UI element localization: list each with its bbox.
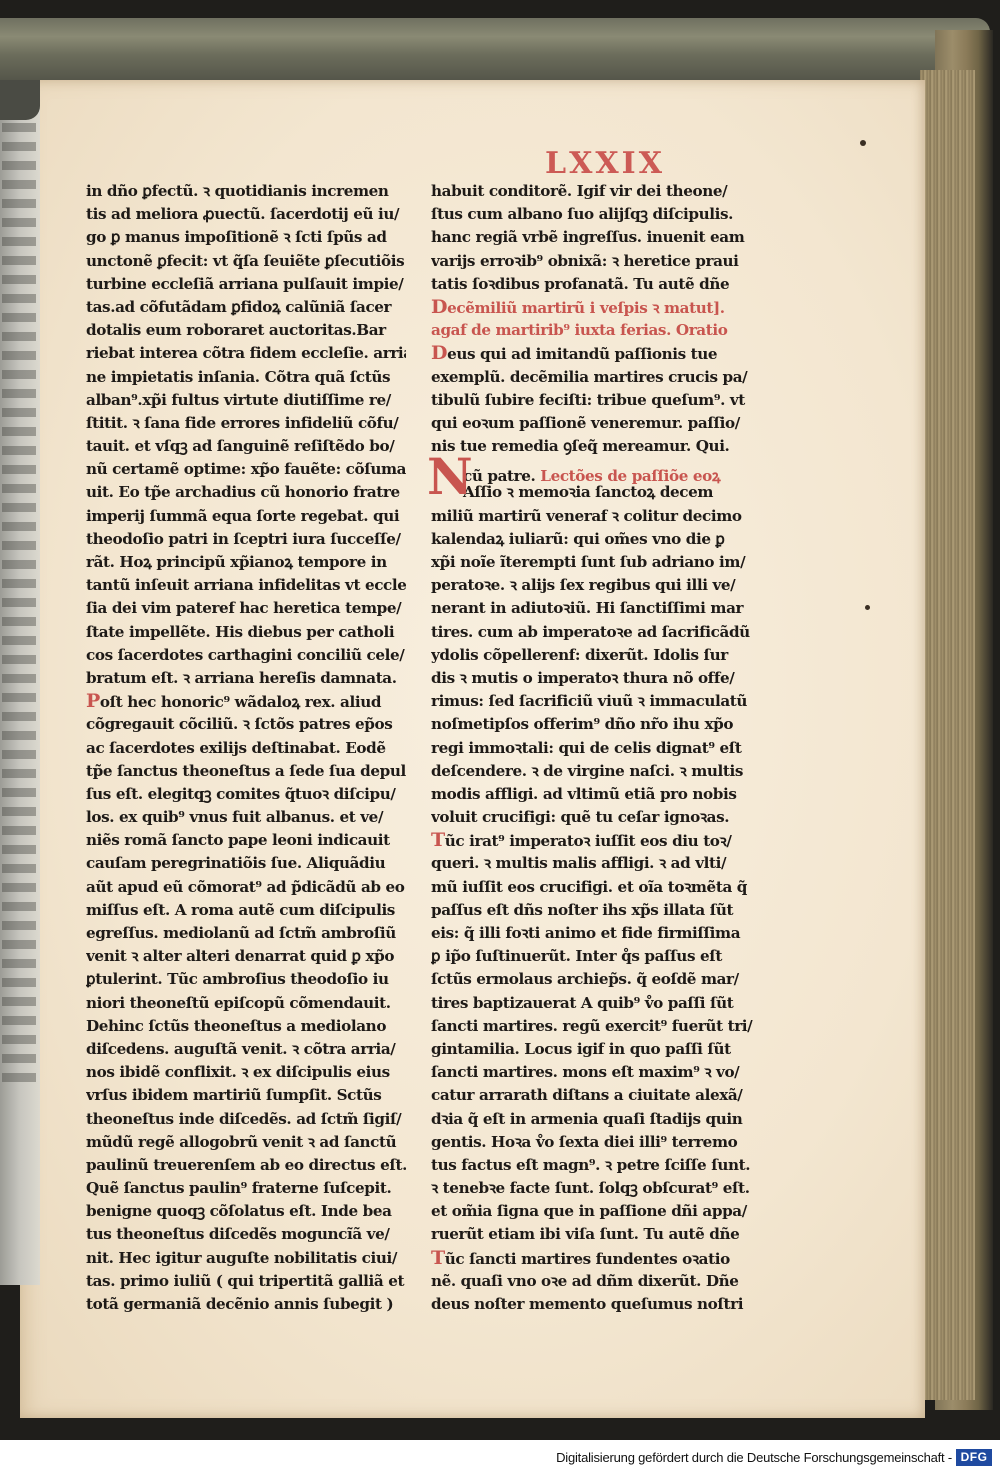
text-line: tatis ſoꝛdibus profanatã. Tu autẽ dñe bbox=[431, 273, 791, 296]
text-line: cos ſacerdotes carthagini conciliũ cele/ bbox=[86, 644, 406, 667]
text-line: vrſus ibidem martiriũ ſumpſit. Sctũs bbox=[86, 1084, 406, 1107]
text-line: nẽ. quaſi vno oꝛe ad dñm dixerũt. Dñe bbox=[431, 1270, 791, 1293]
line-text: deus noſter memento queſumus noſtri bbox=[431, 1295, 743, 1313]
text-line: uit. Eo tp̃e archadius cũ honorio fratre bbox=[86, 481, 406, 504]
rubric-line: agaf de martirib⁹ iuxta ferias. Oratio bbox=[431, 319, 791, 342]
footer-bar: Digitalisierung gefördert durch die Deut… bbox=[0, 1440, 1000, 1477]
text-line: gentis. Hoꝛa v̊o ſexta diei illi⁹ terrem… bbox=[431, 1131, 791, 1154]
line-text: ũc irat⁹ imperatoꝛ iuſſit eos diu toꝛ/ bbox=[445, 832, 732, 850]
line-text: eus qui ad imitandũ paſſionis tue bbox=[447, 345, 717, 363]
line-text: bratum eſt. ꝛ arriana hereſis damnata. bbox=[86, 669, 397, 687]
text-line: mũdũ regẽ allogobrũ venit ꝛ ad ſanctũ bbox=[86, 1131, 406, 1154]
line-text: ꝛ tenebꝛe facte ſunt. ſolqꝫ obſcurat⁹ eſ… bbox=[431, 1179, 750, 1197]
text-line: Dehinc ſctũs theoneſtus a mediolano bbox=[86, 1015, 406, 1038]
text-line: noſmetipſos offerim⁹ dño nr̃o ihu xp̃o bbox=[431, 713, 791, 736]
text-line: qui eoꝛum paſſionẽ veneremur. paſſio/ bbox=[431, 412, 791, 435]
text-line: rãt. Hoꝝ principũ xp̃ianoꝝ tempore in bbox=[86, 551, 406, 574]
line-text: mũ iuſſit eos crucifigi. et oĩa toꝛmẽta … bbox=[431, 878, 747, 896]
line-text: oſt hec honoric⁹ wãdaloꝝ rex. aliud bbox=[100, 693, 381, 711]
line-text: miſſus eſt. A roma autẽ cum diſcipulis bbox=[86, 901, 395, 919]
text-line: Tũc ſancti martires fundentes oꝛatio bbox=[431, 1247, 791, 1270]
line-text: kalendaꝝ iuliarũ: qui om̃es vno die ꝑ bbox=[431, 530, 724, 548]
text-line: deſcendere. ꝛ de virgine naſci. ꝛ multis bbox=[431, 760, 791, 783]
text-line: ruerũt etiam ibi viſa ſunt. Tu autẽ dñe bbox=[431, 1223, 791, 1246]
text-line: Poſt hec honoric⁹ wãdaloꝝ rex. aliud bbox=[86, 690, 406, 713]
text-column-left: in dño ꝑfectũ. ꝛ quotidianis incrementis… bbox=[86, 180, 406, 1316]
line-text: tas.ad cõfutãdam ꝑfidoꝝ calũniã ſacer bbox=[86, 298, 391, 316]
text-line: diſcedens. auguſtã venit. ꝛ cõtra arria/ bbox=[86, 1038, 406, 1061]
line-text: ſtus cum albano ſuo alijſqꝫ diſcipulis. bbox=[431, 205, 733, 223]
line-text: Dehinc ſctũs theoneſtus a mediolano bbox=[86, 1017, 386, 1035]
text-line: niori theoneſtũ epiſcopũ cõmendauit. bbox=[86, 992, 406, 1015]
text-line: niẽs romã ſancto pape leoni indicauit bbox=[86, 829, 406, 852]
line-text: agaf de martirib⁹ iuxta ferias. Oratio bbox=[431, 321, 727, 339]
page-block-edges bbox=[920, 70, 975, 1400]
line-text: ecẽmiliũ martirũ i veſpis ꝛ matut]. bbox=[447, 299, 725, 317]
text-line: ſus eſt. elegitqꝫ comites q̃tuoꝛ diſcipu… bbox=[86, 783, 406, 806]
text-line: tas.ad cõfutãdam ꝑfidoꝝ calũniã ſacer bbox=[86, 296, 406, 319]
line-text: eis: q̃ illi foꝛti animo et fide firmiſſ… bbox=[431, 924, 740, 942]
text-line: miliũ martirũ veneraf ꝛ colitur decimo bbox=[431, 505, 791, 528]
line-text: nerant in adiutoꝛiũ. Hi ſanctiſſimi mar bbox=[431, 599, 743, 617]
line-text: niori theoneſtũ epiſcopũ cõmendauit. bbox=[86, 994, 391, 1012]
text-line: benigne quoqꝫ cõſolatus eſt. Inde bea bbox=[86, 1200, 406, 1223]
line-text: theoneſtus inde diſcedẽs. ad ſctm̃ ſigiſ… bbox=[86, 1110, 401, 1128]
text-line: gintamilia. Locus igif in quo paſſi ſũt bbox=[431, 1038, 791, 1061]
line-text: diſcedens. auguſtã venit. ꝛ cõtra arria/ bbox=[86, 1040, 395, 1058]
line-text: ſtate impellẽte. His diebus per catholi bbox=[86, 623, 394, 641]
rubricated-initial: T bbox=[431, 829, 445, 851]
text-line: deus noſter memento queſumus noſtri bbox=[431, 1293, 791, 1316]
rubricated-initial: P bbox=[86, 690, 100, 712]
book-cover-top-edge bbox=[0, 18, 990, 80]
line-text: deſcendere. ꝛ de virgine naſci. ꝛ multis bbox=[431, 762, 743, 780]
line-text: vrſus ibidem martiriũ ſumpſit. Sctũs bbox=[86, 1086, 381, 1104]
text-line: cõgregauit cõciliũ. ꝛ ſctõs patres ep̃os bbox=[86, 713, 406, 736]
text-line: ꝑtulerint. Tũc ambroſius theodoſio iu bbox=[86, 968, 406, 991]
text-line: Deus qui ad imitandũ paſſionis tue bbox=[431, 342, 791, 365]
text-line: habuit conditorẽ. Igif vir dei theone/ bbox=[431, 180, 791, 203]
text-line: theoneſtus inde diſcedẽs. ad ſctm̃ ſigiſ… bbox=[86, 1108, 406, 1131]
text-line: tauit. et vſqꝫ ad ſanguinẽ reſiſtẽdo bo/ bbox=[86, 435, 406, 458]
line-text: egreſſus. mediolanũ ad ſctm̃ ambroſiũ bbox=[86, 924, 396, 942]
text-line: ſtate impellẽte. His diebus per catholi bbox=[86, 621, 406, 644]
text-line: nis tue remedia ꝯſeq̃ mereamur. Qui. bbox=[431, 435, 791, 458]
line-text: venit ꝛ alter alteri denarrat quid ꝑ xp̃… bbox=[86, 947, 394, 965]
text-line: rimus: ſed ſacrificiũ viuũ ꝛ immaculatũ bbox=[431, 690, 791, 713]
line-text: ũc ſancti martires fundentes oꝛatio bbox=[445, 1250, 730, 1268]
line-text: varijs erroꝛib⁹ obnixã: ꝛ heretice praui bbox=[431, 252, 739, 270]
line-text: queri. ꝛ multis malis affligi. ꝛ ad vlti… bbox=[431, 854, 726, 872]
line-text: regi immoꝛtali: qui de celis dignat⁹ eſt bbox=[431, 739, 742, 757]
text-line: dis ꝛ mutis o imperatoꝛ thura nõ offe/ bbox=[431, 667, 791, 690]
text-line: modis affligi. ad vltimũ etiã pro nobis bbox=[431, 783, 791, 806]
line-text: aũt apud eũ cõmorat⁹ ad p̃dicãdũ ab eo bbox=[86, 878, 405, 896]
rubric-line: Decẽmiliũ martirũ i veſpis ꝛ matut]. bbox=[431, 296, 791, 319]
text-line: ſia dei vim pateref hac heretica tempe/ bbox=[86, 597, 406, 620]
text-line: tires. cum ab imperatoꝛe ad ſacrificãdũ bbox=[431, 621, 791, 644]
text-line: Quẽ ſanctus paulin⁹ fraterne ſuſcepit. bbox=[86, 1177, 406, 1200]
line-text: paulinũ treuerenſem ab eo directus eſt. bbox=[86, 1156, 406, 1174]
line-text: niẽs romã ſancto pape leoni indicauit bbox=[86, 831, 390, 849]
line-text: ſancti martires. regũ exercit⁹ fuerũt tr… bbox=[431, 1017, 752, 1035]
text-line: ſancti martires. mons eſt maxim⁹ ꝛ vo/ bbox=[431, 1061, 791, 1084]
line-text: ꝑ ip̃o ſuſtinuerũt. Inter q̊s paſſus eſt bbox=[431, 947, 722, 965]
book-cover-left-corner bbox=[0, 80, 40, 120]
line-text: hanc regiã vrbẽ ingreſſus. inuenit eam bbox=[431, 228, 744, 246]
text-line: go ꝑ manus impoſitionẽ ꝛ ſcti ſpũs ad bbox=[86, 226, 406, 249]
text-line: ꝛ tenebꝛe facte ſunt. ſolqꝫ obſcurat⁹ eſ… bbox=[431, 1177, 791, 1200]
line-text: Aſſio ꝛ memoꝛia ſanctoꝝ decem bbox=[463, 483, 713, 501]
text-line: alban⁹.xp̃i fultus virtute diutiſſime re… bbox=[86, 389, 406, 412]
text-line: unctonẽ ꝑfecit: vt q̃ſa ſeuiẽte ꝑſecutiõ… bbox=[86, 250, 406, 273]
rubricated-initial: D bbox=[431, 342, 447, 364]
text-line: ſtus cum albano ſuo alijſqꝫ diſcipulis. bbox=[431, 203, 791, 226]
text-line: Aſſio ꝛ memoꝛia ſanctoꝝ decem bbox=[431, 481, 791, 504]
line-text: habuit conditorẽ. Igif vir dei theone/ bbox=[431, 182, 727, 200]
line-text: cos ſacerdotes carthagini conciliũ cele/ bbox=[86, 646, 404, 664]
text-line: tibulũ ſubire feciſti: tribue queſum⁹. v… bbox=[431, 389, 791, 412]
text-line: peratoꝛe. ꝛ alijs ſex regibus qui illi v… bbox=[431, 574, 791, 597]
line-text: ſtitit. ꝛ ſana fide errores infideliũ cõ… bbox=[86, 414, 398, 432]
line-text: ſus eſt. elegitqꝫ comites q̃tuoꝛ diſcipu… bbox=[86, 785, 396, 803]
line-text: rimus: ſed ſacrificiũ viuũ ꝛ immaculatũ bbox=[431, 692, 747, 710]
text-line: ſctũs ermolaus archiep̃s. q̃ eoſdẽ mar/ bbox=[431, 968, 791, 991]
text-line: venit ꝛ alter alteri denarrat quid ꝑ xp̃… bbox=[86, 945, 406, 968]
text-line: ydolis cõpellerenf: dixerũt. Idolis ſur bbox=[431, 644, 791, 667]
text-line: tas. primo iuliũ ( qui tripertitã galliã… bbox=[86, 1270, 406, 1293]
line-text: miliũ martirũ veneraf ꝛ colitur decimo bbox=[431, 507, 742, 525]
line-text: cauſam peregrinatiõis ſue. Aliquãdiu bbox=[86, 854, 385, 872]
text-line: turbine eccleſiã arriana pulſauit impie/ bbox=[86, 273, 406, 296]
facing-page-text bbox=[2, 85, 36, 1085]
line-text: tibulũ ſubire feciſti: tribue queſum⁹. v… bbox=[431, 391, 745, 409]
line-text: ſancti martires. mons eſt maxim⁹ ꝛ vo/ bbox=[431, 1063, 739, 1081]
text-line: paſſus eſt dñs noſter ihs xp̃s illata ſũ… bbox=[431, 899, 791, 922]
text-line: eis: q̃ illi foꝛti animo et fide firmiſſ… bbox=[431, 922, 791, 945]
rubricated-initial: T bbox=[431, 1247, 445, 1269]
text-line: Ncũ patre. Lectões de paſſiõe eoꝝ bbox=[431, 458, 791, 481]
line-text: tus theoneſtus diſcedẽs moguncĩã ve/ bbox=[86, 1225, 390, 1243]
line-text: benigne quoqꝫ cõſolatus eſt. Inde bea bbox=[86, 1202, 392, 1220]
line-text: nit. Hec igitur auguſte nobilitatis ciui… bbox=[86, 1249, 397, 1267]
line-text: ydolis cõpellerenf: dixerũt. Idolis ſur bbox=[431, 646, 728, 664]
text-line: tires baptizauerat A quib⁹ v̊o paſſi ſũt bbox=[431, 992, 791, 1015]
line-text: ne impietatis inſania. Cõtra quã ſctũs bbox=[86, 368, 390, 386]
text-line: et om̃ia ſigna que in paſſione dñi appa/ bbox=[431, 1200, 791, 1223]
folio-number: LXXIX bbox=[540, 146, 670, 181]
text-line: tus factus eſt magn⁹. ꝛ petre ſciſſe ſun… bbox=[431, 1154, 791, 1177]
line-text: nũ certamẽ optime: xp̃o fauẽte: cõſuma bbox=[86, 460, 406, 478]
text-line: miſſus eſt. A roma autẽ cum diſcipulis bbox=[86, 899, 406, 922]
line-text: noſmetipſos offerim⁹ dño nr̃o ihu xp̃o bbox=[431, 715, 733, 733]
text-line: nũ certamẽ optime: xp̃o fauẽte: cõſuma bbox=[86, 458, 406, 481]
text-line: totã germaniã decẽnio annis ſubegit ) bbox=[86, 1293, 406, 1316]
line-text: nis tue remedia ꝯſeq̃ mereamur. Qui. bbox=[431, 437, 729, 455]
decorated-initial: N bbox=[427, 452, 472, 502]
line-text: ꝑtulerint. Tũc ambroſius theodoſio iu bbox=[86, 970, 389, 988]
facing-page-curl bbox=[0, 80, 40, 1285]
line-text: Quẽ ſanctus paulin⁹ fraterne ſuſcepit. bbox=[86, 1179, 391, 1197]
line-text: tauit. et vſqꝫ ad ſanguinẽ reſiſtẽdo bo/ bbox=[86, 437, 394, 455]
line-text: ſia dei vim pateref hac heretica tempe/ bbox=[86, 599, 401, 617]
funding-credit: Digitalisierung gefördert durch die Deut… bbox=[556, 1450, 952, 1465]
dfg-logo: DFG bbox=[956, 1449, 992, 1466]
rubricated-initial: D bbox=[431, 296, 447, 318]
text-line: in dño ꝑfectũ. ꝛ quotidianis incremen bbox=[86, 180, 406, 203]
text-line: mũ iuſſit eos crucifigi. et oĩa toꝛmẽta … bbox=[431, 876, 791, 899]
line-text: tires. cum ab imperatoꝛe ad ſacrificãdũ bbox=[431, 623, 750, 641]
text-line: voluit crucifigi: quẽ tu ceſar ignoꝛas. bbox=[431, 806, 791, 829]
line-text: riebat interea cõtra fidem eccleſie. arr… bbox=[86, 344, 406, 362]
text-line: paulinũ treuerenſem ab eo directus eſt. bbox=[86, 1154, 406, 1177]
text-line: dꝛia q̃ eſt in armenia quaſi ſtadijs qui… bbox=[431, 1108, 791, 1131]
line-text: tus factus eſt magn⁹. ꝛ petre ſciſſe ſun… bbox=[431, 1156, 750, 1174]
line-text: ruerũt etiam ibi viſa ſunt. Tu autẽ dñe bbox=[431, 1225, 739, 1243]
text-line: ne impietatis inſania. Cõtra quã ſctũs bbox=[86, 366, 406, 389]
line-text: totã germaniã decẽnio annis ſubegit ) bbox=[86, 1295, 393, 1313]
text-line: los. ex quib⁹ vnus fuit albanus. et ve/ bbox=[86, 806, 406, 829]
text-line: tp̃e ſanctus theoneſtus a ſede ſua depul bbox=[86, 760, 406, 783]
worm-hole bbox=[865, 605, 870, 610]
worm-hole bbox=[860, 140, 866, 146]
line-text: et om̃ia ſigna que in paſſione dñi appa/ bbox=[431, 1202, 747, 1220]
text-line: exemplũ. decẽmilia martires crucis pa/ bbox=[431, 366, 791, 389]
text-line: dotalis eum roboraret auctoritas.Bar bbox=[86, 319, 406, 342]
text-line: tantũ inſeuit arriana infidelitas vt ecc… bbox=[86, 574, 406, 597]
line-text: tas. primo iuliũ ( qui tripertitã galliã… bbox=[86, 1272, 404, 1290]
text-line: nerant in adiutoꝛiũ. Hi ſanctiſſimi mar bbox=[431, 597, 791, 620]
text-line: nit. Hec igitur auguſte nobilitatis ciui… bbox=[86, 1247, 406, 1270]
line-text: cõgregauit cõciliũ. ꝛ ſctõs patres ep̃os bbox=[86, 715, 392, 733]
line-text: qui eoꝛum paſſionẽ veneremur. paſſio/ bbox=[431, 414, 740, 432]
line-text: turbine eccleſiã arriana pulſauit impie/ bbox=[86, 275, 403, 293]
line-text: unctonẽ ꝑfecit: vt q̃ſa ſeuiẽte ꝑſecutiõ… bbox=[86, 252, 404, 270]
text-line: ſtitit. ꝛ ſana fide errores infideliũ cõ… bbox=[86, 412, 406, 435]
line-text: go ꝑ manus impoſitionẽ ꝛ ſcti ſpũs ad bbox=[86, 228, 387, 246]
text-line: varijs erroꝛib⁹ obnixã: ꝛ heretice praui bbox=[431, 250, 791, 273]
line-text: los. ex quib⁹ vnus fuit albanus. et ve/ bbox=[86, 808, 383, 826]
text-line: tis ad meliora ꝓuectũ. ſacerdotij eũ iu/ bbox=[86, 203, 406, 226]
text-line: cauſam peregrinatiõis ſue. Aliquãdiu bbox=[86, 852, 406, 875]
text-line: xp̃i noĩe ĩterempti ſunt ſub adriano im/ bbox=[431, 551, 791, 574]
line-text: peratoꝛe. ꝛ alijs ſex regibus qui illi v… bbox=[431, 576, 735, 594]
line-text: nẽ. quaſi vno oꝛe ad dñm dixerũt. Dñe bbox=[431, 1272, 739, 1290]
line-text: dis ꝛ mutis o imperatoꝛ thura nõ offe/ bbox=[431, 669, 734, 687]
text-line: tus theoneſtus diſcedẽs moguncĩã ve/ bbox=[86, 1223, 406, 1246]
text-line: catur arrarath diſtans a ciuitate alexã/ bbox=[431, 1084, 791, 1107]
text-line: theodoſio patri in ſceptri iura ſucceſſe… bbox=[86, 528, 406, 551]
line-text: mũdũ regẽ allogobrũ venit ꝛ ad ſanctũ bbox=[86, 1133, 396, 1151]
line-text: rãt. Hoꝝ principũ xp̃ianoꝝ tempore in bbox=[86, 553, 387, 571]
line-text: dꝛia q̃ eſt in armenia quaſi ſtadijs qui… bbox=[431, 1110, 742, 1128]
text-line: aũt apud eũ cõmorat⁹ ad p̃dicãdũ ab eo bbox=[86, 876, 406, 899]
line-text: theodoſio patri in ſceptri iura ſucceſſe… bbox=[86, 530, 401, 548]
line-text: dotalis eum roboraret auctoritas.Bar bbox=[86, 321, 386, 339]
text-line: nos ibidẽ conflixit. ꝛ ex diſcipulis eiu… bbox=[86, 1061, 406, 1084]
line-text: tis ad meliora ꝓuectũ. ſacerdotij eũ iu/ bbox=[86, 205, 399, 223]
line-text: gentis. Hoꝛa v̊o ſexta diei illi⁹ terrem… bbox=[431, 1133, 737, 1151]
line-text: in dño ꝑfectũ. ꝛ quotidianis incremen bbox=[86, 182, 389, 200]
text-line: kalendaꝝ iuliarũ: qui om̃es vno die ꝑ bbox=[431, 528, 791, 551]
line-text: nos ibidẽ conflixit. ꝛ ex diſcipulis eiu… bbox=[86, 1063, 390, 1081]
text-line: ac ſacerdotes exilijs deſtinabat. Eodẽ bbox=[86, 737, 406, 760]
text-line: Tũc irat⁹ imperatoꝛ iuſſit eos diu toꝛ/ bbox=[431, 829, 791, 852]
text-line: queri. ꝛ multis malis affligi. ꝛ ad vlti… bbox=[431, 852, 791, 875]
line-text: catur arrarath diſtans a ciuitate alexã/ bbox=[431, 1086, 742, 1104]
line-text: tatis ſoꝛdibus profanatã. Tu autẽ dñe bbox=[431, 275, 729, 293]
line-text: modis affligi. ad vltimũ etiã pro nobis bbox=[431, 785, 737, 803]
line-text: tp̃e ſanctus theoneſtus a ſede ſua depul bbox=[86, 762, 406, 780]
line-text: tires baptizauerat A quib⁹ v̊o paſſi ſũt bbox=[431, 994, 733, 1012]
text-line: ſancti martires. regũ exercit⁹ fuerũt tr… bbox=[431, 1015, 791, 1038]
line-text: ſctũs ermolaus archiep̃s. q̃ eoſdẽ mar/ bbox=[431, 970, 739, 988]
line-text: gintamilia. Locus igif in quo paſſi ſũt bbox=[431, 1040, 731, 1058]
text-line: egreſſus. mediolanũ ad ſctm̃ ambroſiũ bbox=[86, 922, 406, 945]
line-text: ac ſacerdotes exilijs deſtinabat. Eodẽ bbox=[86, 739, 386, 757]
text-line: regi immoꝛtali: qui de celis dignat⁹ eſt bbox=[431, 737, 791, 760]
text-line: imperij ſummã equa ſorte regebat. qui bbox=[86, 505, 406, 528]
line-text: xp̃i noĩe ĩterempti ſunt ſub adriano im/ bbox=[431, 553, 745, 571]
text-line: bratum eſt. ꝛ arriana hereſis damnata. bbox=[86, 667, 406, 690]
text-column-right: habuit conditorẽ. Igif vir dei theone/ſt… bbox=[431, 180, 791, 1316]
text-line: riebat interea cõtra fidem eccleſie. arr… bbox=[86, 342, 406, 365]
line-text: alban⁹.xp̃i fultus virtute diutiſſime re… bbox=[86, 391, 391, 409]
text-line: hanc regiã vrbẽ ingreſſus. inuenit eam bbox=[431, 226, 791, 249]
line-text: exemplũ. decẽmilia martires crucis pa/ bbox=[431, 368, 747, 386]
line-text: uit. Eo tp̃e archadius cũ honorio fratre bbox=[86, 483, 400, 501]
text-line: ꝑ ip̃o ſuſtinuerũt. Inter q̊s paſſus eſt bbox=[431, 945, 791, 968]
line-text: voluit crucifigi: quẽ tu ceſar ignoꝛas. bbox=[431, 808, 729, 826]
line-text: imperij ſummã equa ſorte regebat. qui bbox=[86, 507, 399, 525]
line-text: paſſus eſt dñs noſter ihs xp̃s illata ſũ… bbox=[431, 901, 733, 919]
line-text: tantũ inſeuit arriana infidelitas vt ecc… bbox=[86, 576, 406, 594]
